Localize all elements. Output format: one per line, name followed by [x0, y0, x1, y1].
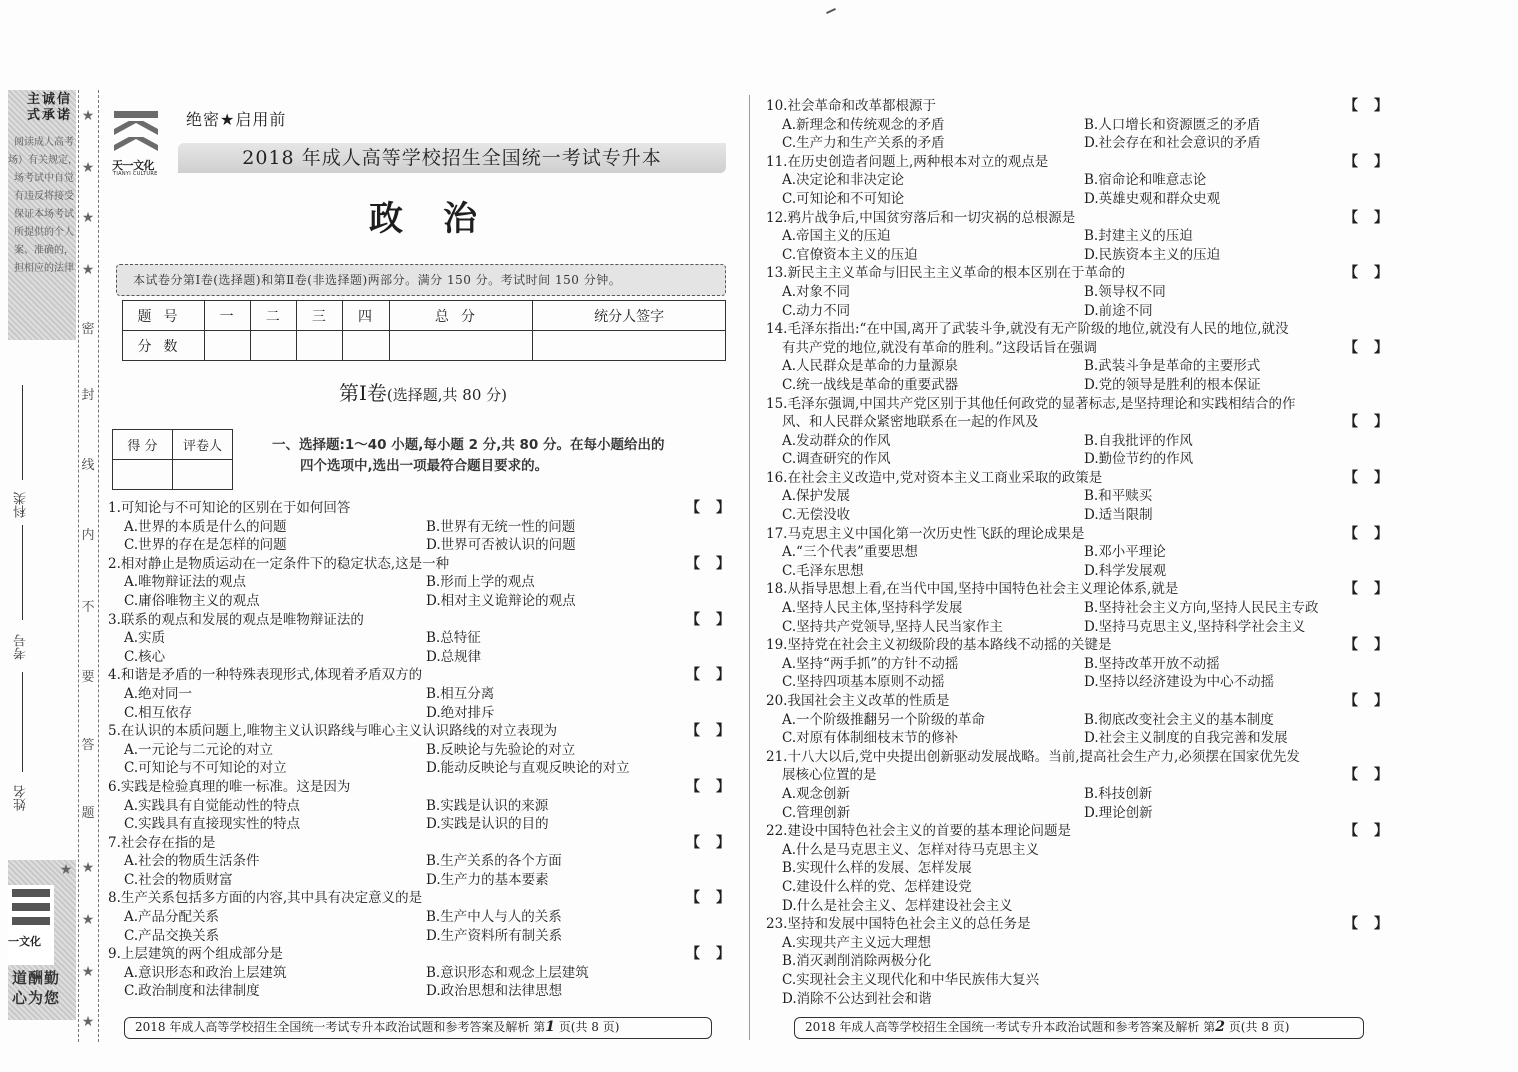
question-stem-continued: 风、和人民群众紧密地联系在一起的作风及: [766, 413, 1336, 432]
answer-bracket[interactable]: 【】: [1344, 822, 1388, 841]
answer-bracket[interactable]: 【】: [1344, 153, 1388, 172]
answer-bracket[interactable]: 【】: [686, 499, 730, 518]
option-d[interactable]: D.什么是社会主义、怎样建设社会主义: [782, 897, 1396, 916]
option-list: A.保护发展B.和平赎买C.无偿没收D.适当限制: [766, 487, 1396, 524]
logo-brand-en: TIANYI CULTURE: [113, 171, 158, 177]
logo-bar-icon: [12, 917, 50, 925]
option-b[interactable]: B.封建主义的压迫: [1084, 227, 1404, 246]
option-list: A.唯物辩证法的观点B.形而上学的观点C.庸俗唯物主义的观点D.相对主义诡辩论的…: [108, 573, 738, 610]
footer-page-prefix: 第: [533, 1020, 545, 1034]
bracket-close: 】: [716, 945, 730, 964]
question-item: 1.可知论与不可知论的区别在于如何回答【】A.世界的本质是什么的问题B.世界有无…: [108, 499, 738, 555]
option-list: A.实践具有自觉能动性的特点B.实践是认识的来源C.实践具有直接现实性的特点D.…: [108, 797, 738, 834]
option-a[interactable]: A.发动群众的作风: [782, 432, 1084, 451]
confidential-label: 绝密★启用前: [186, 107, 286, 130]
option-c[interactable]: C.调查研究的作风: [782, 450, 1084, 469]
bracket-close: 】: [1374, 153, 1388, 172]
option-a[interactable]: A.产品分配关系: [124, 908, 426, 927]
footer-page-number: 1: [545, 1019, 555, 1035]
option-b[interactable]: B.相互分离: [426, 685, 746, 704]
option-b[interactable]: B.坚持改革开放不动摇: [1084, 655, 1404, 674]
option-a[interactable]: A.决定论和非决定论: [782, 171, 1084, 190]
question-stem: 14.毛泽东指出:“在中国,离开了武装斗争,就没有无产阶级的地位,就没有人民的地…: [766, 320, 1396, 357]
score-row-label: 分数: [123, 331, 205, 361]
score-header-cell: 一: [205, 301, 251, 331]
option-d[interactable]: D.世界可否被认识的问题: [426, 536, 746, 555]
scan-mark: [826, 8, 836, 14]
option-c[interactable]: C.可知论与不可知论的对立: [124, 759, 426, 778]
question-stem: 15.毛泽东强调,中国共产党区别于其他任何政党的显著标志,是坚持理论和实践相结合…: [766, 395, 1396, 432]
bracket-open: 【: [686, 722, 700, 741]
option-d[interactable]: D.民族资本主义的压迫: [1084, 246, 1404, 265]
score-cell[interactable]: [205, 331, 251, 361]
option-c[interactable]: C.对原有体制细枝末节的修补: [782, 729, 1084, 748]
footer-text: 2018 年成人高等学校招生全国统一考试专升本政治试题和参考答案及解析: [805, 1020, 1199, 1034]
question-stem-text: 22.建设中国特色社会主义的首要的基本理论问题是: [766, 823, 1071, 839]
question-stem-text: 5.在认识的本质问题上,唯物主义认识路线与唯心主义认识路线的对立表现为: [108, 723, 557, 739]
option-b[interactable]: B.总特征: [426, 629, 746, 648]
option-b[interactable]: B.坚持社会主义方向,坚持人民民主专政: [1084, 599, 1404, 618]
question-item: 10.社会革命和改革都根源于【】A.新理念和传统观念的矛盾B.人口增长和资源匮乏…: [766, 97, 1396, 153]
bracket-open: 【: [1344, 525, 1358, 544]
bracket-open: 【: [686, 889, 700, 908]
bracket-close: 】: [716, 834, 730, 853]
bracket-close: 】: [1374, 97, 1388, 116]
question-item: 7.社会存在指的是【】A.社会的物质生活条件B.生产关系的各个方面C.社会的物质…: [108, 834, 738, 890]
question-stem: 3.联系的观点和发展的观点是唯物辩证法的: [108, 611, 738, 630]
option-c[interactable]: C.管理创新: [782, 804, 1084, 823]
footer-page-number: 2: [1215, 1019, 1225, 1035]
option-list: A.新理念和传统观念的矛盾B.人口增长和资源匮乏的矛盾C.生产力和生产关系的矛盾…: [766, 116, 1396, 153]
answer-bracket[interactable]: 【】: [686, 555, 730, 574]
bracket-open: 【: [1344, 469, 1358, 488]
answer-bracket[interactable]: 【】: [1344, 692, 1388, 711]
option-list: A.产品分配关系B.生产中人与人的关系C.产品交换关系D.生产资料所有制关系: [108, 908, 738, 945]
pledge-title-line-2: 式承诺: [8, 108, 76, 124]
question-item: 19.坚持党在社会主义初级阶段的基本路线不动摇的关键是【】A.坚持“两手抓”的方…: [766, 636, 1396, 692]
seal-char: 密: [80, 318, 96, 337]
score-cell[interactable]: [533, 331, 726, 361]
bracket-open: 【: [686, 499, 700, 518]
score-cell[interactable]: [297, 331, 343, 361]
option-d[interactable]: D.总规律: [426, 648, 746, 667]
option-d[interactable]: D.实践是认识的目的: [426, 815, 746, 834]
answer-bracket[interactable]: 【】: [1344, 413, 1388, 432]
option-b[interactable]: B.自我批评的作风: [1084, 432, 1404, 451]
option-a[interactable]: A.意识形态和政治上层建筑: [124, 964, 426, 983]
question-stem: 4.和谐是矛盾的一种特殊表现形式,体现着矛盾双方的: [108, 666, 738, 685]
exam-number-label: 考号: [12, 634, 36, 660]
answer-bracket[interactable]: 【】: [686, 945, 730, 964]
option-a[interactable]: A.实现共产主义远大理想: [782, 934, 1396, 953]
answer-bracket[interactable]: 【】: [1344, 766, 1388, 785]
question-stem-text: 16.在社会主义改造中,党对资本主义工商业采取的政策是: [766, 470, 1102, 486]
score-header-cell: 总分: [389, 301, 533, 331]
question-stem-text: 13.新民主主义革命与旧民主主义革命的根本区别在于革命的: [766, 265, 1125, 281]
grader-reviewer-cell[interactable]: [173, 460, 233, 490]
option-a[interactable]: A.一个阶级推翻另一个阶级的革命: [782, 711, 1084, 730]
bracket-open: 【: [686, 611, 700, 630]
option-b[interactable]: B.武装斗争是革命的主要形式: [1084, 357, 1404, 376]
bracket-open: 【: [1344, 915, 1358, 934]
star-icon: ★: [80, 262, 96, 278]
column-divider: [749, 95, 750, 1040]
option-d[interactable]: D.政治思想和法律思想: [426, 982, 746, 1001]
bracket-open: 【: [1344, 636, 1358, 655]
answer-bracket[interactable]: 【】: [1344, 580, 1388, 599]
bracket-open: 【: [686, 555, 700, 574]
pledge-line: 保证本场考试: [8, 206, 74, 224]
bracket-open: 【: [686, 945, 700, 964]
option-d[interactable]: D.理论创新: [1084, 804, 1404, 823]
part-1-title: 第Ⅰ卷(选择题,共 80 分): [108, 377, 738, 406]
bracket-close: 】: [1374, 915, 1388, 934]
grader-header-reviewer: 评卷人: [173, 430, 233, 460]
option-c[interactable]: C.社会的物质财富: [124, 871, 426, 890]
section-instructions: 一、选择题:1～40 小题,每小题 2 分,共 80 分。在每小题给出的 四个选…: [272, 435, 732, 477]
answer-bracket[interactable]: 【】: [1344, 915, 1388, 934]
option-d[interactable]: D.英雄史观和群众史观: [1084, 190, 1404, 209]
star-icon: ★: [80, 160, 96, 176]
question-item: 12.鸦片战争后,中国贫穷落后和一切灾祸的总根源是【】A.帝国主义的压迫B.封建…: [766, 209, 1396, 265]
mini-brand-text: 一文化: [8, 933, 41, 949]
logo-bar-icon: [12, 889, 50, 897]
option-b[interactable]: B.实践是认识的来源: [426, 797, 746, 816]
bracket-open: 【: [1344, 822, 1358, 841]
option-d[interactable]: D.勤俭节约的作风: [1084, 450, 1404, 469]
exam-title-banner: 2018 年成人高等学校招生全国统一考试专升本: [178, 143, 726, 173]
option-d[interactable]: D.生产资料所有制关系: [426, 927, 746, 946]
pledge-body: 阅读成人高考 场）有关规定， 场考试中自觉 有违反将接受 保证本场考试 所提供的…: [8, 134, 76, 278]
option-b[interactable]: B.和平赎买: [1084, 487, 1404, 506]
option-list: A.一元论与二元论的对立B.反映论与先验论的对立C.可知论与不可知论的对立D.能…: [108, 741, 738, 778]
question-item: 14.毛泽东指出:“在中国,离开了武装斗争,就没有无产阶级的地位,就没有人民的地…: [766, 320, 1396, 394]
question-list-page-1: 1.可知论与不可知论的区别在于如何回答【】A.世界的本质是什么的问题B.世界有无…: [108, 499, 738, 1001]
question-item: 5.在认识的本质问题上,唯物主义认识路线与唯心主义认识路线的对立表现为【】A.一…: [108, 722, 738, 778]
option-list: A.“三个代表”重要思想B.邓小平理论C.毛泽东思想D.科学发展观: [766, 543, 1396, 580]
question-stem-text: 20.我国社会主义改革的性质是: [766, 693, 949, 709]
question-stem-text: 17.马克思主义中国化第一次历史性飞跃的理论成果是: [766, 526, 1084, 542]
bracket-close: 】: [1374, 580, 1388, 599]
option-b[interactable]: B.实现什么样的发展、怎样发展: [782, 859, 1396, 878]
score-header-cell: 四: [343, 301, 389, 331]
answer-bracket[interactable]: 【】: [1344, 636, 1388, 655]
question-stem-text: 1.可知论与不可知论的区别在于如何回答: [108, 500, 350, 516]
pledge-line: 有违反将接受: [8, 188, 74, 206]
answer-bracket[interactable]: 【】: [1344, 97, 1388, 116]
question-item: 18.从指导思想上看,在当代中国,坚持中国特色社会主义理论体系,就是【】A.坚持…: [766, 580, 1396, 636]
question-item: 22.建设中国特色社会主义的首要的基本理论问题是【】A.什么是马克思主义、怎样对…: [766, 822, 1396, 915]
star-icon: ★: [80, 210, 96, 226]
bracket-open: 【: [686, 778, 700, 797]
pledge-line: 所提供的个人: [8, 224, 74, 242]
bracket-close: 】: [1374, 636, 1388, 655]
pledge-line: 阅读成人高考: [8, 134, 74, 152]
option-c[interactable]: C.无偿没收: [782, 506, 1084, 525]
option-a[interactable]: A.坚持人民主体,坚持科学发展: [782, 599, 1084, 618]
option-c[interactable]: C.世界的存在是怎样的问题: [124, 536, 426, 555]
option-d[interactable]: D.绝对排斥: [426, 704, 746, 723]
option-d[interactable]: D.坚持马克思主义,坚持科学社会主义: [1084, 618, 1404, 637]
question-stem: 5.在认识的本质问题上,唯物主义认识路线与唯心主义认识路线的对立表现为: [108, 722, 738, 741]
seal-line-left: [78, 90, 79, 1042]
option-c[interactable]: C.生产力和生产关系的矛盾: [782, 134, 1084, 153]
exam-notice: 本试卷分第Ⅰ卷(选择题)和第Ⅱ卷(非选择题)两部分。满分 150 分。考试时间 …: [116, 264, 726, 296]
option-a[interactable]: A.绝对同一: [124, 685, 426, 704]
option-d[interactable]: D.社会存在和社会意识的矛盾: [1084, 134, 1404, 153]
option-list: A.观念创新B.科技创新C.管理创新D.理论创新: [766, 785, 1396, 822]
question-stem-text: 10.社会革命和改革都根源于: [766, 98, 936, 114]
option-a[interactable]: A.社会的物质生活条件: [124, 852, 426, 871]
question-item: 2.相对静止是物质运动在一定条件下的稳定状态,这是一种【】A.唯物辩证法的观点B…: [108, 555, 738, 611]
question-stem-continued: 有共产党的地位,就没有革命的胜利。”这段话旨在强调: [766, 339, 1336, 358]
option-d[interactable]: D.相对主义诡辩论的观点: [426, 592, 746, 611]
option-a[interactable]: A.保护发展: [782, 487, 1084, 506]
option-list: A.什么是马克思主义、怎样对待马克思主义B.实现什么样的发展、怎样发展C.建设什…: [766, 841, 1396, 915]
question-stem-text: 15.毛泽东强调,中国共产党区别于其他任何政党的显著标志,是坚持理论和实践相结合…: [766, 396, 1296, 412]
option-c[interactable]: C.相互依存: [124, 704, 426, 723]
page-footer: 2018 年成人高等学校招生全国统一考试专升本政治试题和参考答案及解析 第2 页…: [794, 1017, 1364, 1039]
option-a[interactable]: A.“三个代表”重要思想: [782, 543, 1084, 562]
option-list: A.实现共产主义远大理想B.消灭剥削消除两极分化C.实现社会主义现代化和中华民族…: [766, 934, 1396, 1008]
subject-title: 政治: [108, 191, 738, 240]
question-stem-text: 14.毛泽东指出:“在中国,离开了武装斗争,就没有无产阶级的地位,就没有人民的地…: [766, 321, 1289, 337]
question-stem: 2.相对静止是物质运动在一定条件下的稳定状态,这是一种: [108, 555, 738, 574]
option-list: A.帝国主义的压迫B.封建主义的压迫C.官僚资本主义的压迫D.民族资本主义的压迫: [766, 227, 1396, 264]
star-icon: ★: [80, 964, 96, 980]
option-c[interactable]: C.动力不同: [782, 302, 1084, 321]
score-header-cell: 题号: [123, 301, 205, 331]
option-list: A.世界的本质是什么的问题B.世界有无统一性的问题C.世界的存在是怎样的问题D.…: [108, 518, 738, 555]
grader-header-score: 得 分: [113, 430, 173, 460]
option-b[interactable]: B.世界有无统一性的问题: [426, 518, 746, 537]
bracket-open: 【: [1344, 153, 1358, 172]
option-c[interactable]: C.实践具有直接现实性的特点: [124, 815, 426, 834]
score-cell[interactable]: [389, 331, 533, 361]
question-item: 21.十八大以后,党中央提出创新驱动发展战略。当前,提高社会生产力,必须摆在国家…: [766, 748, 1396, 822]
exam-number-field-line[interactable]: [22, 672, 23, 772]
answer-bracket[interactable]: 【】: [1344, 469, 1388, 488]
answer-bracket[interactable]: 【】: [686, 889, 730, 908]
question-stem: 7.社会存在指的是: [108, 834, 738, 853]
bracket-close: 】: [1374, 413, 1388, 432]
option-d[interactable]: D.党的领导是胜利的根本保证: [1084, 376, 1404, 395]
bracket-close: 】: [716, 778, 730, 797]
pledge-line: 场）有关规定，: [8, 152, 74, 170]
answer-bracket[interactable]: 【】: [1344, 209, 1388, 228]
option-b[interactable]: B.意识形态和观念上层建筑: [426, 964, 746, 983]
seal-char: 封: [80, 384, 96, 403]
brand-slogan-box: 一文化 ★ 道酬勤 心为您: [8, 860, 76, 1020]
question-stem-continued: 展核心位置的是: [766, 766, 1336, 785]
category-field-line[interactable]: [22, 385, 23, 480]
bracket-close: 】: [1374, 264, 1388, 283]
bracket-close: 】: [716, 666, 730, 685]
score-table: 题号 一 二 三 四 总分 统分人签字 分数: [122, 300, 726, 361]
seal-char: 不: [80, 596, 96, 615]
question-stem-text: 18.从指导思想上看,在当代中国,坚持中国特色社会主义理论体系,就是: [766, 581, 1178, 597]
option-c[interactable]: C.建设什么样的党、怎样建设党: [782, 878, 1396, 897]
question-item: 16.在社会主义改造中,党对资本主义工商业采取的政策是【】A.保护发展B.和平赎…: [766, 469, 1396, 525]
option-b[interactable]: B.生产中人与人的关系: [426, 908, 746, 927]
slogan-line: 道酬勤: [12, 968, 60, 988]
question-stem-text: 19.坚持党在社会主义初级阶段的基本路线不动摇的关键是: [766, 637, 1111, 653]
option-list: A.发动群众的作风B.自我批评的作风C.调查研究的作风D.勤俭节约的作风: [766, 432, 1396, 469]
instruction-line: 四个选项中,选出一项最符合题目要求的。: [272, 456, 732, 477]
question-item: 11.在历史创造者问题上,两种根本对立的观点是【】A.决定论和非决定论B.宿命论…: [766, 153, 1396, 209]
option-b[interactable]: B.宿命论和唯意志论: [1084, 171, 1404, 190]
logo-bar-icon: [114, 111, 158, 118]
seal-char: 答: [80, 734, 96, 753]
question-stem: 10.社会革命和改革都根源于: [766, 97, 1396, 116]
option-list: A.实质B.总特征C.核心D.总规律: [108, 629, 738, 666]
score-header-cell: 三: [297, 301, 343, 331]
question-stem-text: 21.十八大以后,党中央提出创新驱动发展战略。当前,提高社会生产力,必须摆在国家…: [766, 749, 1300, 765]
answer-bracket[interactable]: 【】: [686, 722, 730, 741]
option-b[interactable]: B.人口增长和资源匮乏的矛盾: [1084, 116, 1404, 135]
name-label: 姓名: [12, 785, 36, 811]
category-field-line-lower[interactable]: [22, 525, 23, 620]
bracket-close: 】: [716, 889, 730, 908]
score-cell[interactable]: [343, 331, 389, 361]
question-stem: 23.坚持和发展中国特色社会主义的总任务是: [766, 915, 1396, 934]
question-stem: 22.建设中国特色社会主义的首要的基本理论问题是: [766, 822, 1396, 841]
option-b[interactable]: B.反映论与先验论的对立: [426, 741, 746, 760]
seal-char: 要: [80, 666, 96, 685]
option-a[interactable]: A.坚持“两手抓”的方针不动摇: [782, 655, 1084, 674]
question-stem: 18.从指导思想上看,在当代中国,坚持中国特色社会主义理论体系,就是: [766, 580, 1396, 599]
answer-bracket[interactable]: 【】: [1344, 525, 1388, 544]
answer-bracket[interactable]: 【】: [1344, 264, 1388, 283]
option-d[interactable]: D.能动反映论与直观反映论的对立: [426, 759, 746, 778]
answer-bracket[interactable]: 【】: [686, 778, 730, 797]
question-stem-text: 9.上层建筑的两个组成部分是: [108, 946, 283, 962]
option-c[interactable]: C.政治制度和法律制度: [124, 982, 426, 1001]
part-title-main: 第Ⅰ卷: [339, 381, 387, 405]
bracket-open: 【: [686, 666, 700, 685]
option-b[interactable]: B.生产关系的各个方面: [426, 852, 746, 871]
option-a[interactable]: A.实践具有自觉能动性的特点: [124, 797, 426, 816]
option-b[interactable]: B.邓小平理论: [1084, 543, 1404, 562]
option-a[interactable]: A.一元论与二元论的对立: [124, 741, 426, 760]
option-c[interactable]: C.产品交换关系: [124, 927, 426, 946]
answer-bracket[interactable]: 【】: [686, 666, 730, 685]
seal-char: 内: [80, 524, 96, 543]
page-footer: 2018 年成人高等学校招生全国统一考试专升本政治试题和参考答案及解析 第1 页…: [124, 1017, 712, 1039]
option-list: A.坚持“两手抓”的方针不动摇B.坚持改革开放不动摇C.坚持四项基本原则不动摇D…: [766, 655, 1396, 692]
option-d[interactable]: D.生产力的基本要素: [426, 871, 746, 890]
option-b[interactable]: B.领导权不同: [1084, 283, 1404, 302]
option-c[interactable]: C.坚持共产党领导,坚持人民当家作主: [782, 618, 1084, 637]
option-c[interactable]: C.毛泽东思想: [782, 562, 1084, 581]
option-c[interactable]: C.庸俗唯物主义的观点: [124, 592, 426, 611]
option-d[interactable]: D.前途不同: [1084, 302, 1404, 321]
option-d[interactable]: D.坚持以经济建设为中心不动摇: [1084, 673, 1404, 692]
bracket-close: 】: [1374, 339, 1388, 358]
star-icon: ★: [80, 912, 96, 928]
question-stem-text: 8.生产关系包括多方面的内容,其中具有决定意义的是: [108, 890, 422, 906]
option-list: A.绝对同一B.相互分离C.相互依存D.绝对排斥: [108, 685, 738, 722]
option-c[interactable]: C.坚持四项基本原则不动摇: [782, 673, 1084, 692]
option-c[interactable]: C.核心: [124, 648, 426, 667]
question-stem: 20.我国社会主义改革的性质是: [766, 692, 1396, 711]
score-cell[interactable]: [251, 331, 297, 361]
option-b[interactable]: B.彻底改变社会主义的基本制度: [1084, 711, 1404, 730]
mini-logo: 一文化: [8, 885, 54, 965]
page-1: 天一文化 TIANYI CULTURE 绝密★启用前 2018 年成人高等学校招…: [108, 95, 738, 1045]
logo-bar-icon: [12, 903, 50, 911]
part-title-sub: (选择题,共 80 分): [387, 386, 507, 404]
option-a[interactable]: A.帝国主义的压迫: [782, 227, 1084, 246]
binding-margin: 主诚信 式承诺 阅读成人高考 场）有关规定， 场考试中自觉 有违反将接受 保证本…: [0, 0, 100, 1072]
question-stem-text: 7.社会存在指的是: [108, 835, 215, 851]
bracket-open: 【: [1344, 264, 1358, 283]
option-a[interactable]: A.对象不同: [782, 283, 1084, 302]
question-stem: 12.鸦片战争后,中国贫穷落后和一切灾祸的总根源是: [766, 209, 1396, 228]
bracket-close: 】: [1374, 766, 1388, 785]
option-b[interactable]: B.消灭剥削消除两极分化: [782, 952, 1396, 971]
option-d[interactable]: D.社会主义制度的自我完善和发展: [1084, 729, 1404, 748]
category-label: 科类: [12, 492, 36, 518]
pledge-line: 案、准确的，: [8, 242, 74, 260]
score-table-value-row: 分数: [123, 331, 726, 361]
question-stem-text: 2.相对静止是物质运动在一定条件下的稳定状态,这是一种: [108, 556, 449, 572]
pledge-line: 场考试中自觉: [8, 170, 74, 188]
question-list-page-2: 10.社会革命和改革都根源于【】A.新理念和传统观念的矛盾B.人口增长和资源匮乏…: [766, 97, 1396, 1008]
question-stem: 6.实践是检验真理的唯一标准。这是因为: [108, 778, 738, 797]
answer-bracket[interactable]: 【】: [686, 611, 730, 630]
bracket-open: 【: [1344, 339, 1358, 358]
option-c[interactable]: C.官僚资本主义的压迫: [782, 246, 1084, 265]
question-item: 20.我国社会主义改革的性质是【】A.一个阶级推翻另一个阶级的革命B.彻底改变社…: [766, 692, 1396, 748]
option-c[interactable]: C.可知论和不可知论: [782, 190, 1084, 209]
star-icon: ★: [80, 1014, 96, 1030]
bracket-close: 】: [1374, 822, 1388, 841]
option-a[interactable]: A.世界的本质是什么的问题: [124, 518, 426, 537]
option-d[interactable]: D.科学发展观: [1084, 562, 1404, 581]
answer-bracket[interactable]: 【】: [1344, 339, 1388, 358]
option-b[interactable]: B.科技创新: [1084, 785, 1404, 804]
option-b[interactable]: B.形而上学的观点: [426, 573, 746, 592]
option-a[interactable]: A.新理念和传统观念的矛盾: [782, 116, 1084, 135]
bracket-close: 】: [716, 499, 730, 518]
question-stem-text: 4.和谐是矛盾的一种特殊表现形式,体现着矛盾双方的: [108, 667, 422, 683]
bracket-close: 】: [1374, 525, 1388, 544]
bracket-open: 【: [1344, 766, 1358, 785]
answer-bracket[interactable]: 【】: [686, 834, 730, 853]
question-stem: 16.在社会主义改造中,党对资本主义工商业采取的政策是: [766, 469, 1396, 488]
option-a[interactable]: A.实质: [124, 629, 426, 648]
bracket-close: 】: [716, 555, 730, 574]
grader-table: 得 分 评卷人: [112, 429, 233, 490]
option-d[interactable]: D.消除不公达到社会和谐: [782, 990, 1396, 1009]
grader-score-cell[interactable]: [113, 460, 173, 490]
option-c[interactable]: C.统一战线是革命的重要武器: [782, 376, 1084, 395]
question-item: 23.坚持和发展中国特色社会主义的总任务是【】A.实现共产主义远大理想B.消灭剥…: [766, 915, 1396, 1008]
question-stem: 8.生产关系包括多方面的内容,其中具有决定意义的是: [108, 889, 738, 908]
option-a[interactable]: A.什么是马克思主义、怎样对待马克思主义: [782, 841, 1396, 860]
score-table-header-row: 题号 一 二 三 四 总分 统分人签字: [123, 301, 726, 331]
option-d[interactable]: D.适当限制: [1084, 506, 1404, 525]
question-stem: 19.坚持党在社会主义初级阶段的基本路线不动摇的关键是: [766, 636, 1396, 655]
option-a[interactable]: A.人民群众是革命的力量源泉: [782, 357, 1084, 376]
option-c[interactable]: C.实现社会主义现代化和中华民族伟大复兴: [782, 971, 1396, 990]
option-a[interactable]: A.唯物辩证法的观点: [124, 573, 426, 592]
question-stem-text: 23.坚持和发展中国特色社会主义的总任务是: [766, 916, 1030, 932]
footer-page-suffix: 页: [559, 1020, 571, 1034]
bracket-open: 【: [1344, 692, 1358, 711]
option-a[interactable]: A.观念创新: [782, 785, 1084, 804]
